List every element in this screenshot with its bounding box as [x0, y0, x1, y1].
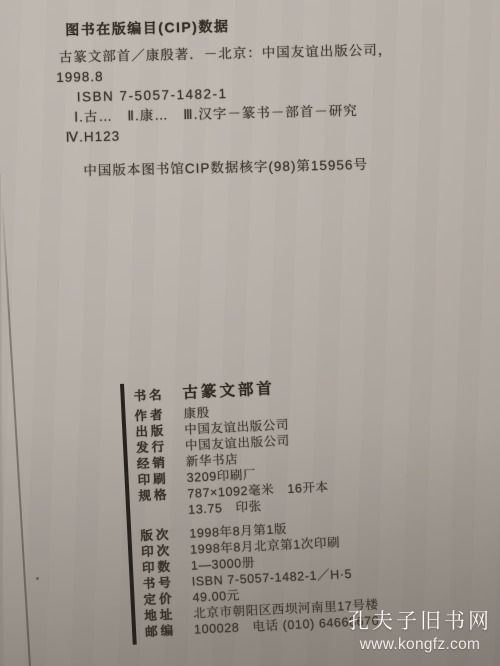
row-label: 书名: [133, 385, 172, 407]
cip-registration-number: 中国版本图书馆CIP数据核字(98)第15956号: [83, 152, 398, 179]
cip-block: 图书在版编目(CIP)数据 古篆文部首／康殷著．－北京：中国友谊出版公司， 19…: [55, 12, 399, 180]
row-label: 地址: [144, 606, 183, 624]
row-value: 古篆文部首: [182, 379, 275, 403]
page-edge-shadow: [0, 0, 40, 666]
row-label: 邮编: [145, 622, 184, 640]
row-label: 印刷: [137, 470, 176, 488]
row-value: 13.75 印张: [188, 498, 262, 518]
colophon-table: 书名 古篆文部首 作者 康殷 出版 中国友谊出版公司 发行 中国友谊出版公司 经…: [120, 368, 455, 644]
row-label: 作者: [134, 406, 173, 424]
cip-header: 图书在版编目(CIP)数据: [65, 12, 395, 39]
row-label: [139, 514, 177, 516]
row-label: 发行: [136, 438, 175, 456]
row-label: 版次: [140, 526, 179, 544]
book-copyright-page-photo: 图书在版编目(CIP)数据 古篆文部首／康殷著．－北京：中国友谊出版公司， 19…: [0, 0, 500, 666]
row-label: 印次: [141, 542, 180, 560]
row-label: 出版: [135, 422, 174, 440]
row-label: 书号: [142, 574, 181, 592]
row-label: 经销: [137, 454, 176, 472]
row-label: 定价: [143, 590, 182, 608]
watermark-site-url: www.kongfz.com: [348, 636, 492, 654]
row-label: 印数: [142, 558, 181, 576]
page-edge-line: [1, 196, 31, 666]
row-value: 康殷: [183, 405, 210, 422]
row-label: 规格: [138, 486, 177, 504]
paper-speck: [36, 577, 39, 580]
